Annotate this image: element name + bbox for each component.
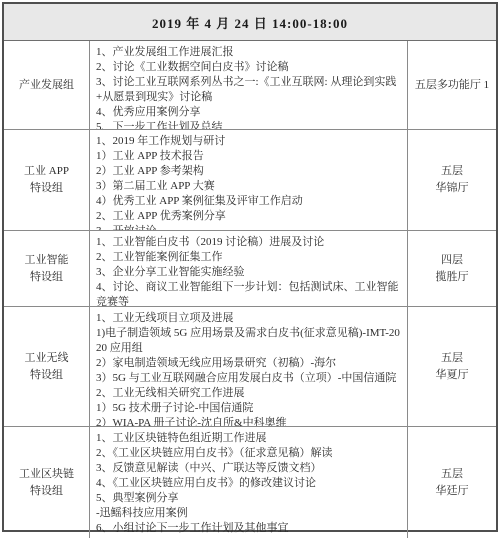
agenda-item: 1、产业发展组工作进展汇报 (96, 45, 402, 60)
location-cell: 四层 揽胜厅 (408, 231, 496, 306)
agenda-item: 2）工业 APP 参考架构 (96, 164, 402, 179)
location-cell: 五层 华夏厅 (408, 307, 496, 426)
schedule-date-text: 2019 年 4 月 24 日 14:00-18:00 (152, 13, 348, 32)
location-cell: 五层 华锦厅 (408, 130, 496, 230)
schedule-row-industrial-app: 工业 APP 特设组 1、2019 年工作规划与研讨1）工业 APP 技术报告2… (4, 130, 496, 231)
agenda-item: 2）WIA-PA 册子讨论-沈自所&中科奥维 (96, 416, 402, 426)
group-cell: 工业无线 特设组 (4, 307, 90, 426)
agenda-item: 1）5G 技术册子讨论-中国信通院 (96, 401, 402, 416)
agenda-item: 4、优秀应用案例分享 (96, 105, 402, 120)
agenda-item: 4）优秀工业 APP 案例征集及评审工作启动 (96, 194, 402, 209)
group-cell: 工业智能 特设组 (4, 231, 90, 306)
schedule-row-industrial-intelligence: 工业智能 特设组 1、工业智能白皮书（2019 讨论稿）进展及讨论2、工业智能案… (4, 231, 496, 307)
agenda-item: 3）5G 与工业互联网融合应用发展白皮书（立项）-中国信通院 (96, 371, 402, 386)
agenda-item: 3、讨论工业互联网系列丛书之一:《工业互联网: 从理论到实践+从愿景到现实》讨论… (96, 75, 402, 105)
agenda-item: -迅鳐科技应用案例 (96, 506, 402, 521)
agenda-item: 1）工业 APP 技术报告 (96, 149, 402, 164)
agenda-item: 2、工业智能案例征集工作 (96, 250, 402, 265)
agenda-cell: 1、工业区块链特色组近期工作进展2、《工业区块链应用白皮书》（征求意见稿）解读3… (90, 427, 408, 533)
agenda-item: 3、企业分享工业智能实施经验 (96, 265, 402, 280)
agenda-item: 2、工业 APP 优秀案例分享 (96, 209, 402, 224)
agenda-item: 2、讨论《工业数据空间白皮书》讨论稿 (96, 60, 402, 75)
agenda-cell: 1、产业发展组工作进展汇报2、讨论《工业数据空间白皮书》讨论稿3、讨论工业互联网… (90, 41, 408, 129)
agenda-item: 1、工业无线项目立项及进展 (96, 311, 402, 326)
agenda-cell: 1、2019 年工作规划与研讨1）工业 APP 技术报告2）工业 APP 参考架… (90, 130, 408, 230)
agenda-item: 5、典型案例分享 (96, 491, 402, 506)
agenda-item: 2、工业无线相关研究工作进展 (96, 386, 402, 401)
agenda-cell: 1、工业智能白皮书（2019 讨论稿）进展及讨论2、工业智能案例征集工作3、企业… (90, 231, 408, 306)
meeting-schedule-table: 2019 年 4 月 24 日 14:00-18:00 产业发展组 1、产业发展… (2, 2, 498, 532)
agenda-item: 2、《工业区块链应用白皮书》（征求意见稿）解读 (96, 446, 402, 461)
schedule-row-industry-development: 产业发展组 1、产业发展组工作进展汇报2、讨论《工业数据空间白皮书》讨论稿3、讨… (4, 41, 496, 130)
agenda-item: 4、《工业区块链应用白皮书》的修改建议讨论 (96, 476, 402, 491)
agenda-item: 3、反馈意见解读（中兴、广联达等反馈文档） (96, 461, 402, 476)
location-cell: 五层 华廷厅 (408, 427, 496, 533)
agenda-item: 3、开放讨论 (96, 224, 402, 230)
agenda-item: 2）家电制造领域无线应用场景研究（初稿）-海尔 (96, 356, 402, 371)
group-cell: 工业 APP 特设组 (4, 130, 90, 230)
schedule-date-header: 2019 年 4 月 24 日 14:00-18:00 (4, 4, 496, 41)
agenda-item: 5、下一步工作计划及总结 (96, 120, 402, 129)
agenda-item: 1、工业区块链特色组近期工作进展 (96, 431, 402, 446)
agenda-item: 1、工业智能白皮书（2019 讨论稿）进展及讨论 (96, 235, 402, 250)
group-cell: 产业发展组 (4, 41, 90, 129)
location-cell: 五层多功能厅 1 (408, 41, 496, 129)
schedule-row-industrial-blockchain: 工业区块链 特设组 1、工业区块链特色组近期工作进展2、《工业区块链应用白皮书》… (4, 427, 496, 533)
agenda-item: 3）第二届工业 APP 大赛 (96, 179, 402, 194)
agenda-item: 4、讨论、商议工业智能组下一步计划：包括测试床、工业智能竞赛等 (96, 280, 402, 306)
agenda-cell: 1、工业无线项目立项及进展1)电子制造领域 5G 应用场景及需求白皮书(征求意见… (90, 307, 408, 426)
group-cell: 工业区块链 特设组 (4, 427, 90, 533)
agenda-item: 1、2019 年工作规划与研讨 (96, 134, 402, 149)
agenda-item: 1)电子制造领域 5G 应用场景及需求白皮书(征求意见稿)-IMT-2020 应… (96, 326, 402, 356)
agenda-item: 6、小组讨论下一步工作计划及其他事宜 (96, 521, 402, 533)
schedule-row-industrial-wireless: 工业无线 特设组 1、工业无线项目立项及进展1)电子制造领域 5G 应用场景及需… (4, 307, 496, 427)
